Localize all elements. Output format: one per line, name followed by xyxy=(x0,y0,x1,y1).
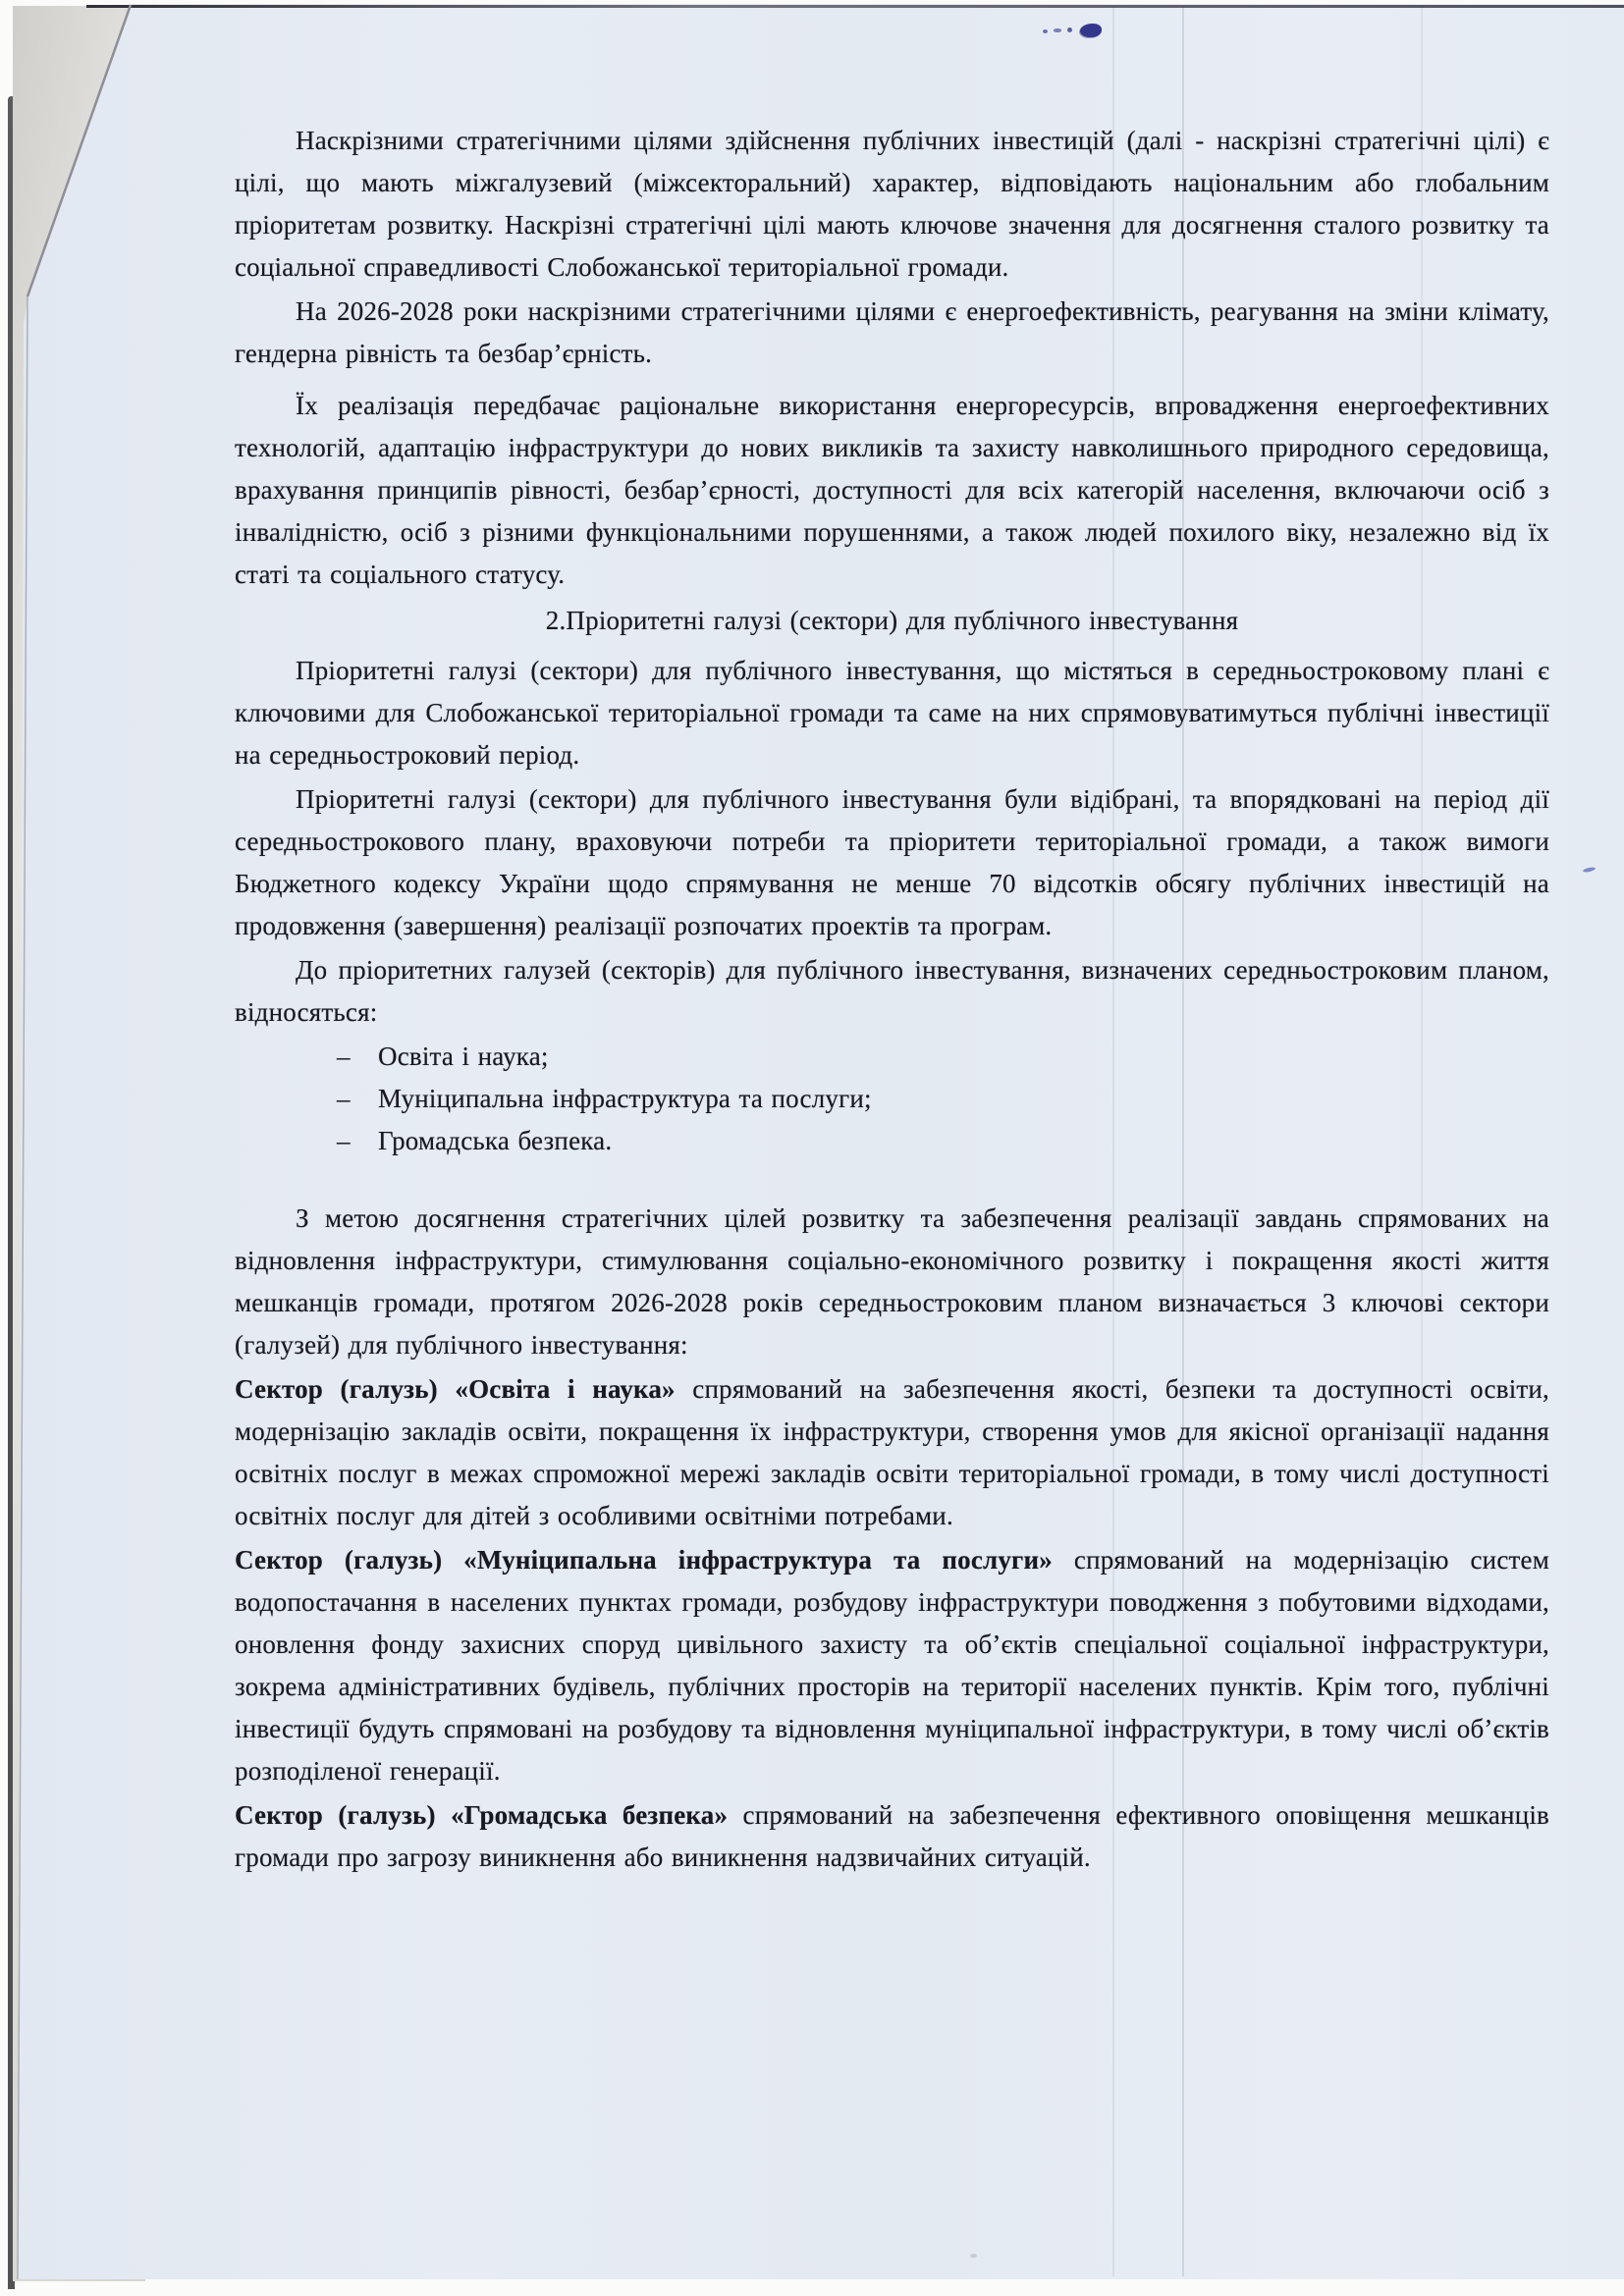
ink-speck-artifact xyxy=(1043,29,1048,33)
ink-blot-artifact xyxy=(1080,24,1102,37)
sector-municipal-title: Сектор (галузь) «Муніципальна інфраструк… xyxy=(235,1545,1053,1575)
list-item-public-safety: –Громадська безпека. xyxy=(235,1120,1549,1162)
ink-speck-artifact xyxy=(1067,27,1072,32)
list-item-label: Освіта і наука; xyxy=(378,1041,549,1071)
dust-speck-artifact xyxy=(970,2254,977,2258)
list-dash: – xyxy=(337,1120,378,1162)
list-item-education: –Освіта і наука; xyxy=(235,1036,1549,1078)
paragraph-sector-education: Сектор (галузь) «Освіта і наука» спрямов… xyxy=(235,1368,1549,1537)
paragraph-priority-sectors-list-intro: До пріоритетних галузей (секторів) для п… xyxy=(235,949,1549,1034)
paragraph-priority-sectors-selection: Пріоритетні галузі (сектори) для публічн… xyxy=(235,778,1549,947)
sector-education-title: Сектор (галузь) «Освіта і наука» xyxy=(235,1374,676,1404)
priority-sectors-list: –Освіта і наука; –Муніципальна інфрастру… xyxy=(235,1036,1549,1162)
list-dash: – xyxy=(337,1078,378,1120)
document-page: Наскрізними стратегічними цілями здійсне… xyxy=(0,0,1624,2296)
paragraph-crosscutting-definition: Наскрізними стратегічними цілями здійсне… xyxy=(235,120,1549,289)
ink-speck-artifact xyxy=(1054,28,1061,32)
paragraph-goal-three-sectors: З метою досягнення стратегічних цілей ро… xyxy=(235,1198,1549,1366)
section-heading-priority-sectors: 2.Пріоритетні галузі (сектори) для публі… xyxy=(235,600,1549,642)
paragraph-sector-public-safety: Сектор (галузь) «Громадська безпека» спр… xyxy=(235,1794,1549,1879)
document-text-block: Наскрізними стратегічними цілями здійсне… xyxy=(235,120,1549,1881)
paragraph-priority-sectors-intro: Пріоритетні галузі (сектори) для публічн… xyxy=(235,650,1549,776)
scan-top-edge-line xyxy=(86,5,1624,8)
sector-safety-title: Сектор (галузь) «Громадська безпека» xyxy=(235,1800,728,1830)
list-item-municipal-infrastructure: –Муніципальна інфраструктура та послуги; xyxy=(235,1078,1549,1120)
paragraph-sector-municipal-infrastructure: Сектор (галузь) «Муніципальна інфраструк… xyxy=(235,1539,1549,1792)
list-dash: – xyxy=(337,1036,378,1078)
sector-municipal-description: спрямований на модернізацію систем водоп… xyxy=(235,1545,1549,1786)
paragraph-implementation: Їх реалізація передбачає раціональне вик… xyxy=(235,385,1549,596)
paragraph-crosscutting-2026-2028: На 2026-2028 роки наскрізними стратегічн… xyxy=(235,291,1549,375)
list-item-label: Муніципальна інфраструктура та послуги; xyxy=(378,1084,872,1113)
list-item-label: Громадська безпека. xyxy=(378,1126,612,1155)
